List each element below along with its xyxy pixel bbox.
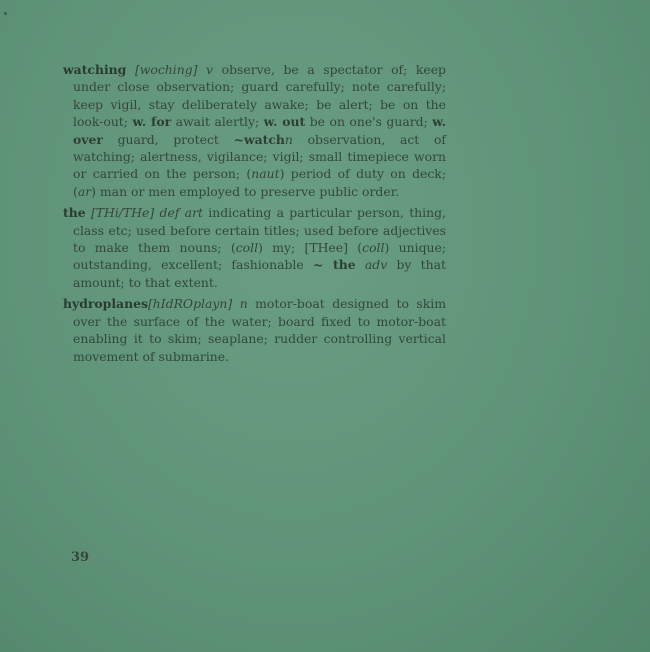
- headword: watching: [63, 62, 126, 77]
- definition: be on one's guard;: [305, 114, 432, 129]
- part-of-speech: adv: [365, 257, 387, 272]
- headword: the: [63, 205, 86, 220]
- pronunciation: [THi/THe]: [91, 205, 154, 220]
- sub-headword: ~watch: [234, 132, 285, 147]
- pronunciation: [woching]: [135, 62, 198, 77]
- label: coll: [362, 240, 384, 255]
- dictionary-page: watching [woching] v observe, be a spect…: [0, 0, 650, 652]
- definition: ) man or men employed to preserve public…: [91, 184, 399, 199]
- pronunciation: [hIdROplayn]: [148, 296, 232, 311]
- definition: await alertly;: [171, 114, 264, 129]
- entry-hydroplanes: hydroplanes[hIdROplayn] n motor-boat des…: [63, 295, 446, 365]
- page-number: 39: [71, 550, 89, 565]
- part-of-speech: n: [240, 296, 248, 311]
- part-of-speech: n: [285, 132, 293, 147]
- label: naut: [251, 166, 279, 181]
- part-of-speech: v: [206, 62, 213, 77]
- part-of-speech: def art: [160, 205, 203, 220]
- dictionary-entries: watching [woching] v observe, be a spect…: [63, 61, 446, 369]
- sub-headword: w. out: [264, 114, 306, 129]
- headword: hydroplanes: [63, 296, 148, 311]
- definition: guard, protect: [103, 132, 234, 147]
- page-speck: [4, 12, 7, 15]
- label: ar: [78, 184, 91, 199]
- sub-headword: ~ the: [313, 257, 356, 272]
- label: coll: [236, 240, 258, 255]
- entry-watching: watching [woching] v observe, be a spect…: [63, 61, 446, 200]
- definition: ) my; [THee] (: [258, 240, 362, 255]
- sub-headword: w. for: [132, 114, 171, 129]
- entry-the: the [THi/THe] def art indicating a parti…: [63, 204, 446, 291]
